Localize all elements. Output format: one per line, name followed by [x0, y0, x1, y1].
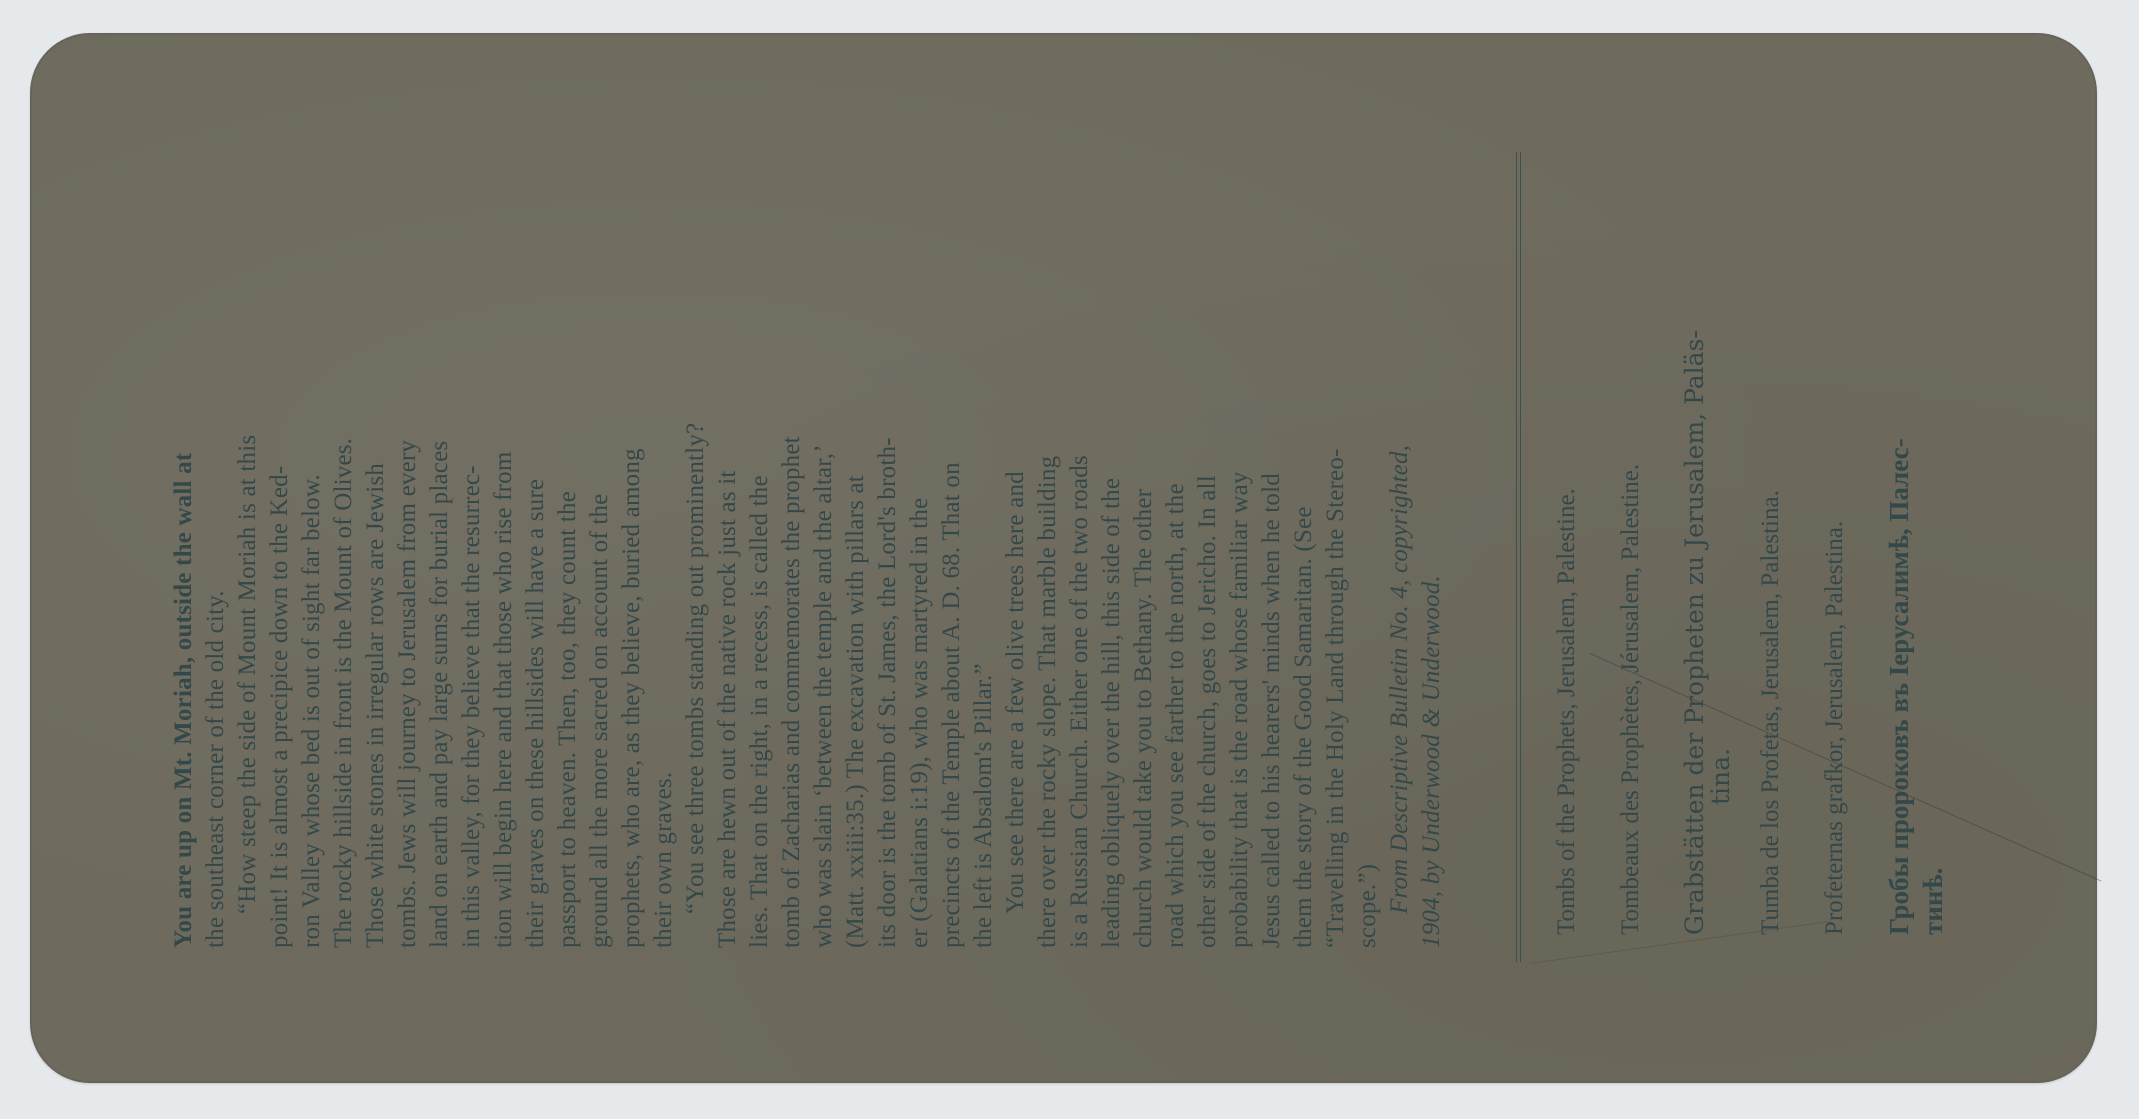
description-line: there over the rocky slope. That marble …: [1032, 148, 1064, 948]
description-line: precincts of the Temple about A. D. 68. …: [936, 148, 968, 948]
description-line: who was slain ‘between the temple and th…: [808, 148, 840, 948]
description-line: church would take you to Bethany. The ot…: [1128, 148, 1160, 948]
description-line: “Travelling in the Holy Land through the…: [1320, 148, 1352, 948]
description-line: scope.”): [1352, 148, 1384, 948]
description-line: Those are hewn out of the native rock ju…: [712, 148, 744, 948]
description-line: prophets, who are, as they believe, buri…: [616, 148, 648, 948]
description-line: You are up on Mt. Moriah, outside the wa…: [168, 148, 200, 948]
description-line: in this valley, for they believe that th…: [456, 148, 488, 948]
description-line: other side of the church, goes to Jerich…: [1192, 148, 1224, 948]
description-line: ron Valley whose bed is out of sight far…: [296, 148, 328, 948]
description-line: ground all the more sacred on account of…: [584, 148, 616, 948]
description-line: the southeast corner of the old city.: [200, 148, 232, 948]
description-line: “How steep the side of Mount Moriah is a…: [232, 148, 264, 948]
description-line: tomb of Zacharias and commemorates the p…: [776, 148, 808, 948]
description-line: You see there are a few olive trees here…: [1000, 148, 1032, 948]
description-line: lies. That on the right, in a recess, is…: [744, 148, 776, 948]
description-line: er (Galatians i:19), who was martyred in…: [904, 148, 936, 948]
description-line: its door is the tomb of St. James, the L…: [872, 148, 904, 948]
description-line: Jesus called to his hearers' minds when …: [1256, 148, 1288, 948]
description-line: Those white stones in irregular rows are…: [360, 148, 392, 948]
title-caption-es: Tumba de los Profetas, Jerusalem, Palest…: [1739, 125, 1803, 945]
description-text-block: You are up on Mt. Moriah, outside the wa…: [168, 148, 1448, 948]
description-line: road which you see farther to the north,…: [1160, 148, 1192, 948]
description-line: tombs. Jews will journey to Jerusalem fr…: [392, 148, 424, 948]
description-line: the left is Absalom's Pillar.”: [968, 148, 1000, 948]
description-line: their graves on these hillsides will hav…: [520, 148, 552, 948]
description-line: point! It is almost a precipice down to …: [264, 148, 296, 948]
title-caption-en: Tombs of the Prophets, Jerusalem, Palest…: [1535, 125, 1599, 945]
description-line: them the story of the Good Samaritan. (S…: [1288, 148, 1320, 948]
description-line: tion will begin here and that those who …: [488, 148, 520, 948]
description-line: leading obliquely over the hill, this si…: [1096, 148, 1128, 948]
description-line: is a Russian Church. Either one of the t…: [1064, 148, 1096, 948]
title-caption-fr: Tombeaux des Prophètes, Jérusalem, Pales…: [1599, 125, 1663, 945]
multilingual-title-block: Tombs of the Prophets, Jerusalem, Palest…: [1535, 125, 1951, 945]
description-line: their own graves.: [648, 148, 680, 948]
description-line: From Descriptive Bulletin No. 4, copyrig…: [1384, 148, 1416, 948]
title-caption-sv: Profeternas grafkor, Jerusalem, Palestin…: [1803, 125, 1867, 945]
description-line: “You see three tombs standing out promin…: [680, 148, 712, 948]
description-line: passport to heaven. Then, too, they coun…: [552, 148, 584, 948]
description-line: 1904, by Underwood & Underwood.: [1416, 148, 1448, 948]
double-rule-divider: [1516, 152, 1521, 962]
description-line: probability that is the road whose famil…: [1224, 148, 1256, 948]
description-line: (Matt. xxiii:35.) The excavation with pi…: [840, 148, 872, 948]
description-line: The rocky hillside in front is the Mount…: [328, 148, 360, 948]
description-line: land on earth and pay large sums for bur…: [424, 148, 456, 948]
